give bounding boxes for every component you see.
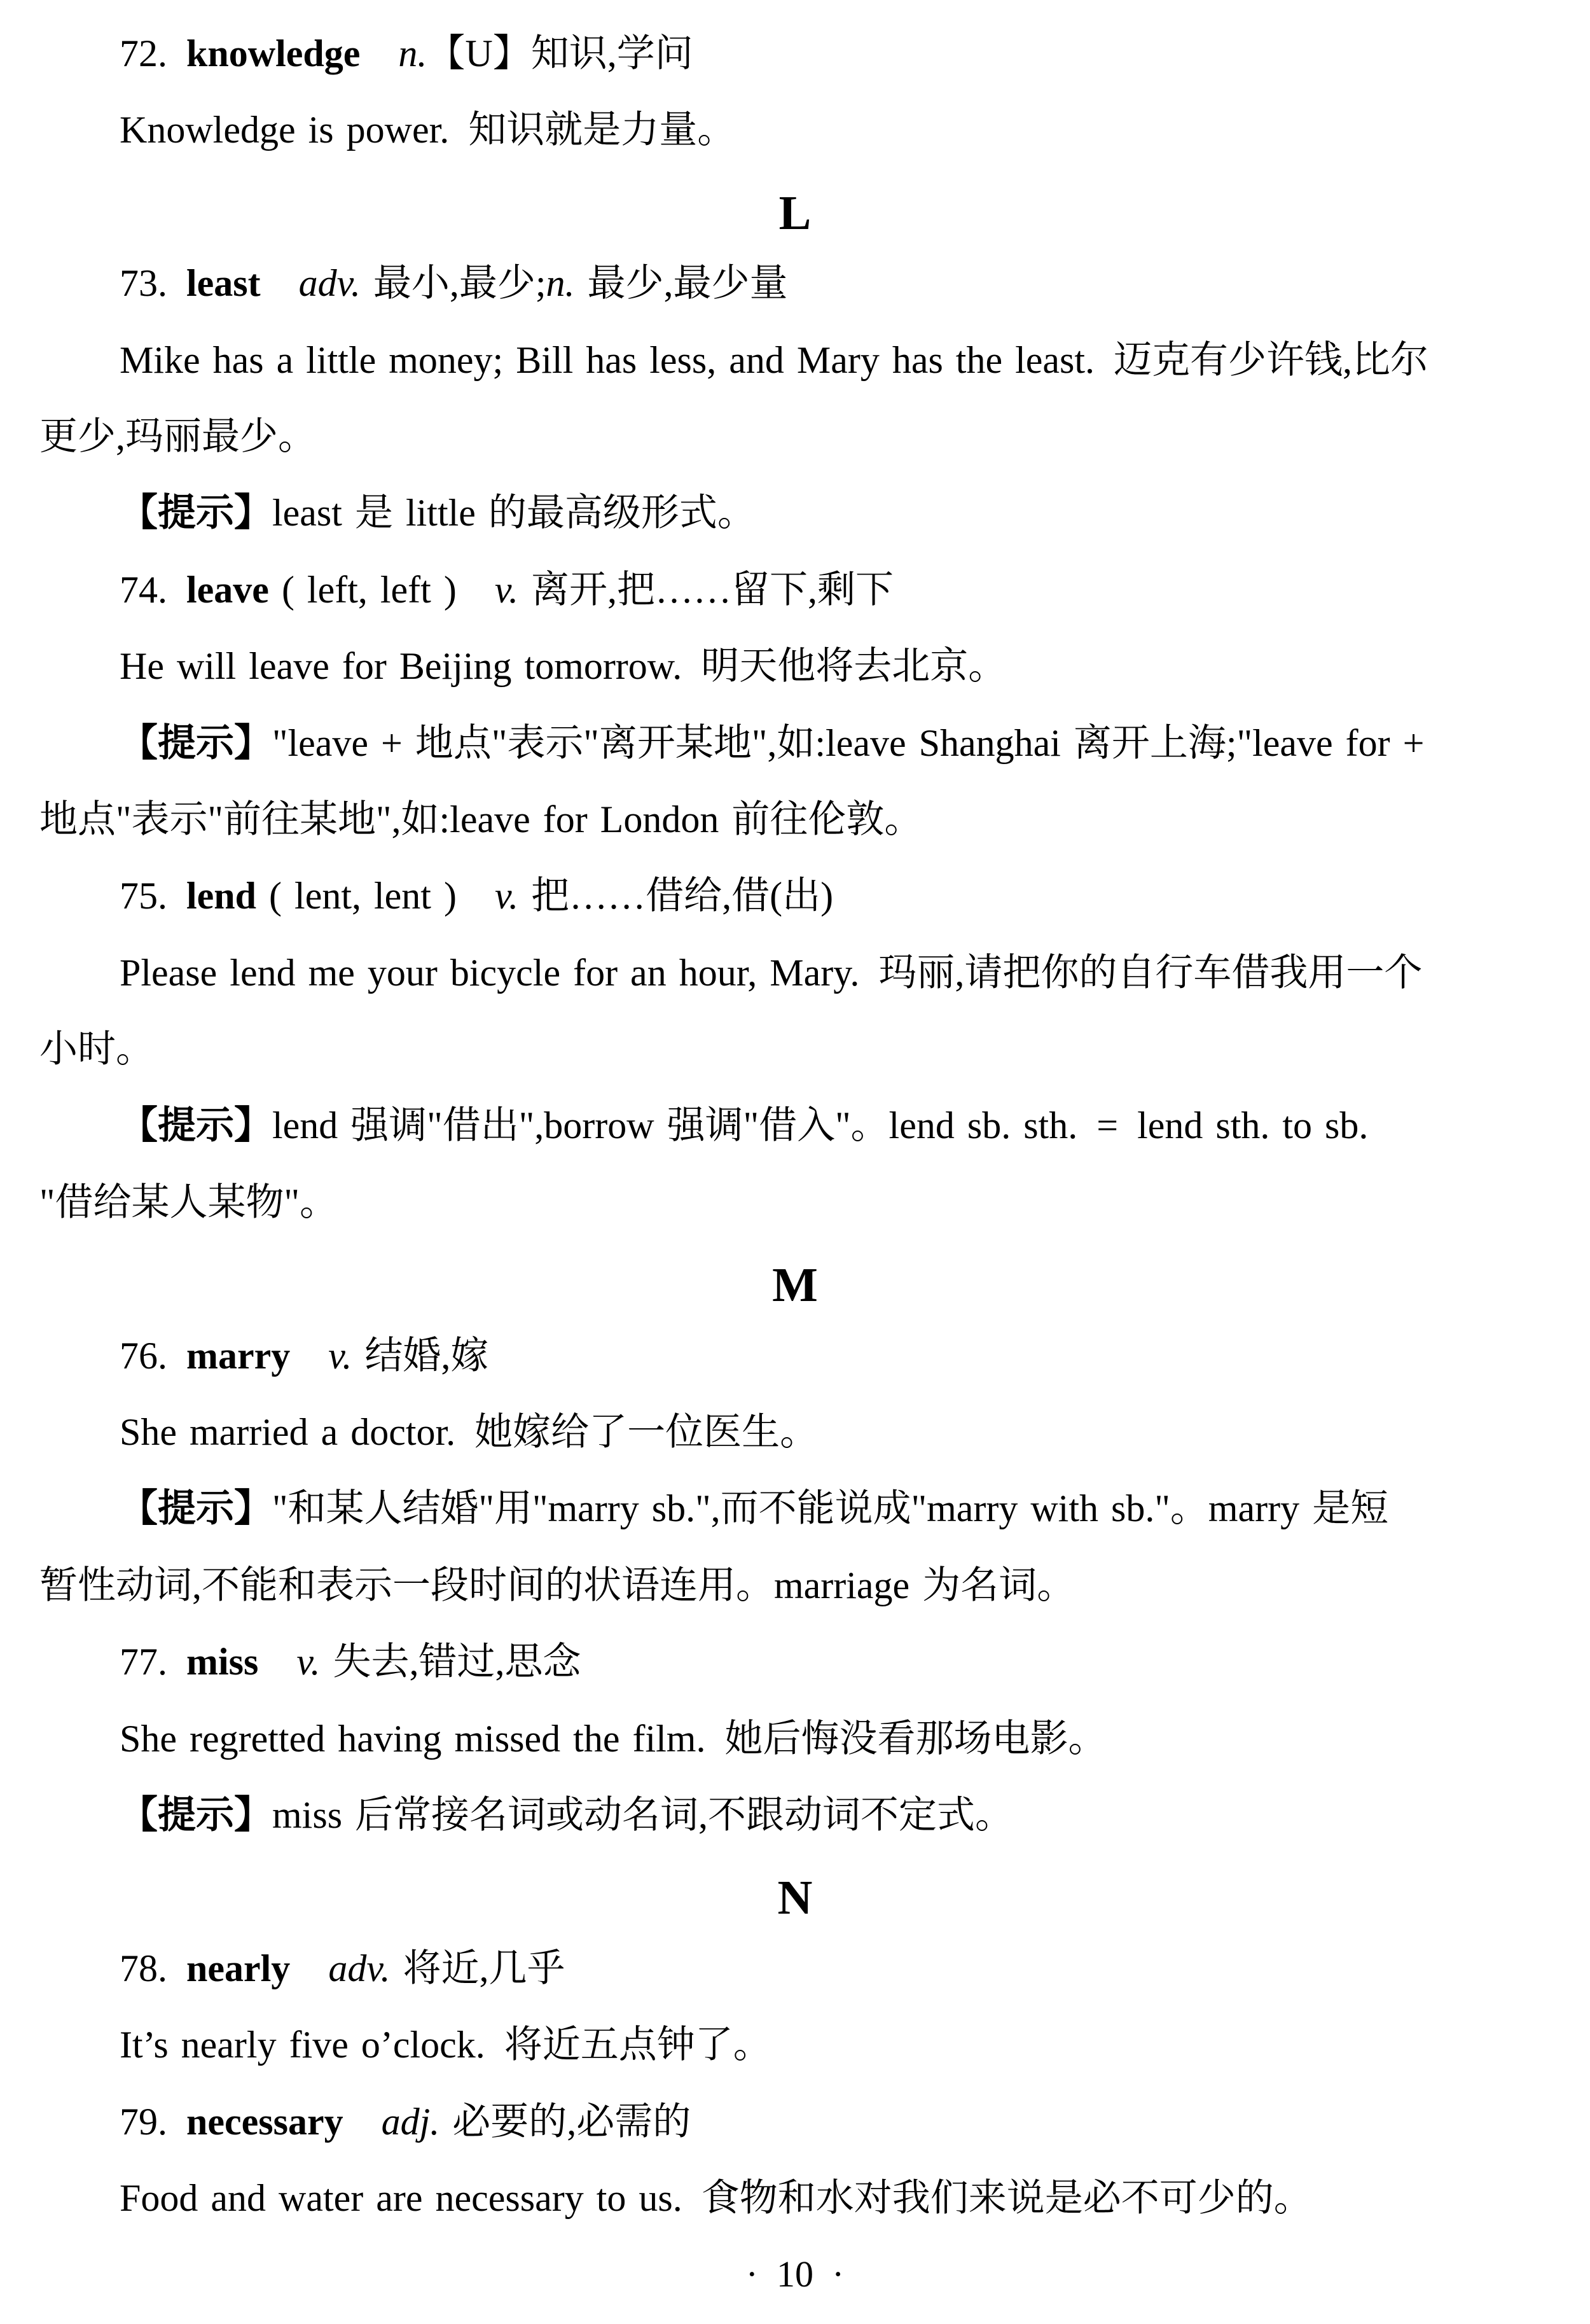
example-76-run-0: She married a doctor. 她嫁给了一位医生。 — [120, 1411, 818, 1453]
tip-75-line2: "借给某人某物"。 — [0, 1164, 1590, 1241]
entry-77-run-1: miss — [186, 1641, 296, 1683]
page-number: · 10 · — [0, 2236, 1590, 2313]
example-75-line1: Please lend me your bicycle for an hour,… — [0, 935, 1590, 1011]
tip-74-line2: 地点"表示"前往某地",如:leave for London 前往伦敦。 — [0, 781, 1590, 858]
entry-76-run-0: 76. — [120, 1335, 186, 1377]
entry-74-run-0: 74. — [120, 569, 186, 611]
tip-77: 【提示】miss 后常接名词或动名词,不跟动词不定式。 — [0, 1777, 1590, 1853]
entry-74-run-4: 离开,把……留下,剩下 — [518, 569, 894, 611]
entry-72-run-1: knowledge — [186, 32, 398, 74]
entry-78-run-3: 将近,几乎 — [391, 1947, 565, 1989]
section-header-l: L — [0, 175, 1590, 251]
example-77: She regretted having missed the film. 她后… — [0, 1701, 1590, 1777]
example-73-line1-run-0: Mike has a little money; Bill has less, … — [120, 339, 1428, 381]
entry-77-run-2: v. — [296, 1641, 320, 1683]
entry-76-run-3: 结婚,嫁 — [352, 1335, 488, 1377]
entry-75-run-4: 把……借给,借(出) — [518, 875, 833, 917]
entry-76-run-1: marry — [186, 1335, 328, 1377]
entry-77: 77. miss v. 失去,错过,思念 — [0, 1624, 1590, 1700]
tip-74-line1-run-0: 【提示】 — [120, 722, 272, 764]
entry-76: 76. marry v. 结婚,嫁 — [0, 1318, 1590, 1394]
entry-75: 75. lend ( lent, lent ) v. 把……借给,借(出) — [0, 858, 1590, 934]
document-page: 72. knowledge n.【U】知识,学问Knowledge is pow… — [0, 0, 1590, 2324]
example-79: Food and water are necessary to us. 食物和水… — [0, 2160, 1590, 2236]
entry-75-run-0: 75. — [120, 875, 186, 917]
tip-76-line1-run-1: "和某人结婚"用"marry sb.",而不能说成"marry with sb.… — [272, 1487, 1388, 1529]
entry-73-run-4: n. — [546, 262, 575, 304]
entry-75-run-3: v. — [495, 875, 518, 917]
entry-79-run-1: necessary — [186, 2101, 382, 2143]
tip-76-line2-run-0: 暂性动词,不能和表示一段时间的状语连用。marriage 为名词。 — [39, 1564, 1075, 1606]
tip-75-line1: 【提示】lend 强调"借出",borrow 强调"借入"。lend sb. s… — [0, 1087, 1590, 1164]
entry-79-run-2: adj. — [382, 2101, 440, 2143]
example-74-run-0: He will leave for Beijing tomorrow. 明天他将… — [120, 645, 1006, 687]
tip-76-line2: 暂性动词,不能和表示一段时间的状语连用。marriage 为名词。 — [0, 1547, 1590, 1624]
tip-73-run-1: least 是 little 的最高级形式。 — [272, 492, 756, 534]
entry-73-run-2: adv. — [299, 262, 361, 304]
entry-74-run-1: leave — [186, 569, 269, 611]
tip-75-line1-run-1: lend 强调"借出",borrow 强调"借入"。lend sb. sth. … — [272, 1104, 1368, 1146]
entry-72: 72. knowledge n.【U】知识,学问 — [0, 15, 1590, 92]
entry-76-run-2: v. — [328, 1335, 352, 1377]
tip-73: 【提示】least 是 little 的最高级形式。 — [0, 475, 1590, 551]
page-number-run-0: · 10 · — [746, 2253, 845, 2295]
entry-74-run-3: v. — [495, 569, 518, 611]
example-75-line2-run-0: 小时。 — [39, 1028, 154, 1070]
text-lines-container: 72. knowledge n.【U】知识,学问Knowledge is pow… — [0, 0, 1590, 2313]
section-header-m: M — [0, 1247, 1590, 1323]
tip-73-run-0: 【提示】 — [120, 492, 272, 534]
tip-77-run-0: 【提示】 — [120, 1794, 272, 1836]
entry-73-run-5: 最少,最少量 — [575, 262, 788, 304]
tip-74-line1: 【提示】"leave + 地点"表示"离开某地",如:leave Shangha… — [0, 705, 1590, 781]
entry-72-run-3: 【U】知识,学问 — [427, 32, 693, 74]
example-75-line2: 小时。 — [0, 1011, 1590, 1087]
example-73-line1: Mike has a little money; Bill has less, … — [0, 322, 1590, 398]
section-header-n: N — [0, 1860, 1590, 1936]
section-header-n-run-0: N — [778, 1871, 813, 1924]
entry-77-run-3: 失去,错过,思念 — [321, 1641, 581, 1683]
tip-75-line1-run-0: 【提示】 — [120, 1104, 272, 1146]
example-74: He will leave for Beijing tomorrow. 明天他将… — [0, 628, 1590, 704]
entry-73: 73. least adv. 最小,最少;n. 最少,最少量 — [0, 245, 1590, 321]
example-72-run-0: Knowledge is power. 知识就是力量。 — [120, 109, 735, 151]
tip-74-line2-run-0: 地点"表示"前往某地",如:leave for London 前往伦敦。 — [39, 798, 922, 840]
tip-74-line1-run-1: "leave + 地点"表示"离开某地",如:leave Shanghai 离开… — [272, 722, 1424, 764]
entry-78-run-0: 78. — [120, 1947, 186, 1989]
example-73-line2-run-0: 更少,玛丽最少。 — [39, 415, 316, 457]
tip-77-run-1: miss 后常接名词或动名词,不跟动词不定式。 — [272, 1794, 1013, 1836]
entry-74: 74. leave ( left, left ) v. 离开,把……留下,剩下 — [0, 552, 1590, 628]
example-73-line2: 更少,玛丽最少。 — [0, 398, 1590, 475]
tip-75-line2-run-0: "借给某人某物"。 — [39, 1181, 338, 1223]
entry-72-run-0: 72. — [120, 32, 186, 74]
section-header-m-run-0: M — [772, 1258, 818, 1312]
entry-79-run-0: 79. — [120, 2101, 186, 2143]
entry-78-run-1: nearly — [186, 1947, 328, 1989]
entry-79-run-3: 必要的,必需的 — [439, 2101, 691, 2143]
section-header-l-run-0: L — [779, 186, 812, 240]
example-78-run-0: It’s nearly five o’clock. 将近五点钟了。 — [120, 2024, 771, 2066]
entry-75-run-2: ( lent, lent ) — [256, 875, 495, 917]
entry-72-run-2: n. — [398, 32, 427, 74]
example-78: It’s nearly five o’clock. 将近五点钟了。 — [0, 2007, 1590, 2083]
example-76: She married a doctor. 她嫁给了一位医生。 — [0, 1394, 1590, 1470]
entry-75-run-1: lend — [186, 875, 256, 917]
entry-73-run-1: least — [186, 262, 299, 304]
entry-77-run-0: 77. — [120, 1641, 186, 1683]
tip-76-line1: 【提示】"和某人结婚"用"marry sb.",而不能说成"marry with… — [0, 1470, 1590, 1547]
entry-73-run-3: 最小,最少; — [361, 262, 546, 304]
entry-73-run-0: 73. — [120, 262, 186, 304]
entry-79: 79. necessary adj. 必要的,必需的 — [0, 2084, 1590, 2160]
entry-78: 78. nearly adv. 将近,几乎 — [0, 1930, 1590, 2007]
tip-76-line1-run-0: 【提示】 — [120, 1487, 272, 1529]
example-75-line1-run-0: Please lend me your bicycle for an hour,… — [120, 952, 1422, 994]
example-77-run-0: She regretted having missed the film. 她后… — [120, 1718, 1106, 1760]
example-79-run-0: Food and water are necessary to us. 食物和水… — [120, 2177, 1312, 2219]
entry-78-run-2: adv. — [328, 1947, 390, 1989]
example-72: Knowledge is power. 知识就是力量。 — [0, 92, 1590, 168]
entry-74-run-2: ( left, left ) — [269, 569, 495, 611]
